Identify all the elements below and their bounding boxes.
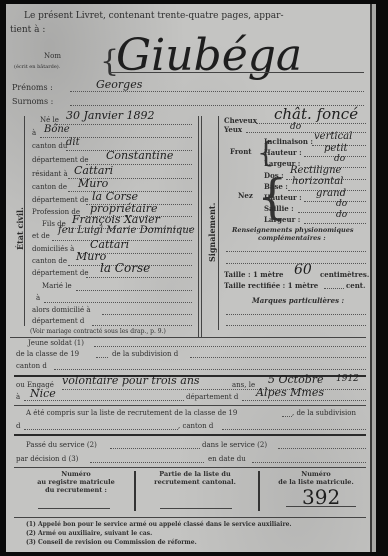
- marie-line: [76, 290, 192, 291]
- departement4-label: département d: [32, 317, 84, 325]
- col1-line3: du recrutement :: [26, 486, 126, 494]
- jeune-soldat-line: [94, 346, 366, 347]
- engage-a-label: à: [16, 393, 20, 401]
- divider-left: [198, 116, 199, 338]
- hauteur-label: Hauteur :: [264, 148, 302, 157]
- hauteur-value: petit: [324, 143, 348, 154]
- compris-d-label: d: [16, 422, 20, 430]
- ne-le-line: [56, 124, 192, 125]
- col1-line1: Numéro: [26, 470, 126, 478]
- etat-civil-label: État civil.: [15, 207, 25, 250]
- alors-line: [102, 314, 192, 315]
- decision-label: par décision d (3): [16, 455, 78, 463]
- saillie-value: do: [336, 199, 347, 209]
- saillie-label: Saillie :: [264, 204, 294, 213]
- col1-value-line: [38, 508, 110, 509]
- residant-value: Cattari: [74, 164, 113, 177]
- surnoms-label: Surnoms :: [12, 97, 53, 106]
- engage-departement-label: département d: [186, 393, 238, 401]
- subdivision-line: [190, 357, 366, 358]
- nez-hauteur-line: [304, 201, 366, 202]
- taille-unit: centimètres.: [320, 270, 369, 279]
- departement3-label: département de: [32, 269, 89, 277]
- inclinaison-value: vertical: [314, 131, 352, 142]
- date-line: [252, 462, 366, 463]
- departement-label: département de: [32, 156, 89, 164]
- a-value: Bône: [44, 124, 70, 135]
- nez-largeur-line: [304, 223, 366, 224]
- yeux-label: Yeux: [224, 125, 242, 134]
- cheveux-value: chât. foncé: [274, 105, 358, 123]
- intro-line-2: tient à :: [10, 25, 45, 35]
- dans-label: dans le service (2): [202, 441, 267, 449]
- section-divider-5: [14, 467, 366, 468]
- nez-hauteur-value: grand: [316, 188, 346, 199]
- marques-line-2: [226, 325, 366, 326]
- taille-rectifiee-line: [324, 288, 344, 289]
- renseignements-label: Renseignements physionomiques: [232, 226, 354, 234]
- engage-departement-value: Alpes Mmes: [256, 386, 324, 399]
- signalement-bracket: [218, 116, 219, 330]
- departement-value: Constantine: [106, 149, 173, 162]
- note-3: (3) Conseil de revision ou Commission de…: [26, 539, 197, 546]
- departement4-line: [92, 325, 192, 326]
- yeux-value: do: [290, 122, 301, 132]
- dos-label: Dos :: [264, 171, 284, 180]
- col3-value-line: [286, 506, 356, 507]
- military-booklet-page: Le présent Livret, contenant trente-quat…: [6, 4, 370, 552]
- voir-label: (Voir mariage contracté sous les drap., …: [30, 328, 166, 335]
- table-divider-1: [134, 471, 136, 511]
- divider-right: [201, 116, 202, 338]
- base-label: Base :: [264, 182, 288, 191]
- engage-departement-line: [242, 400, 366, 401]
- marques-line-1: [226, 314, 366, 315]
- dos-value: Rectiligne: [290, 165, 341, 176]
- cheveux-label: Cheveux: [224, 116, 257, 125]
- col1-line2: au registre matricule: [26, 478, 126, 486]
- cheveux-line: [256, 123, 366, 124]
- saillie-line: [298, 212, 366, 213]
- nez-hauteur-label: Hauteur :: [264, 193, 302, 202]
- et-de-label: et de: [32, 232, 50, 240]
- section-divider-1: [10, 337, 366, 338]
- marques-label: Marques particulières :: [252, 296, 344, 305]
- jeune-soldat-label: Jeune soldat (1): [28, 339, 84, 347]
- front-label: Front: [230, 147, 252, 156]
- dans-line: [278, 448, 366, 449]
- note-2: (2) Armé ou auxiliaire, suivant le cas.: [26, 530, 152, 537]
- engage-date: 5 Octobre: [268, 373, 324, 386]
- canton3-label: canton de: [32, 257, 67, 265]
- col2-line2: recrutement cantonal.: [140, 478, 250, 486]
- taille-value: 60: [294, 262, 312, 278]
- section-divider-6: [14, 517, 366, 518]
- canton-label: canton du: [32, 142, 67, 150]
- ne-le-label: Né le: [40, 116, 59, 124]
- engage-suffix: ans, le: [232, 381, 255, 389]
- taille-rectifiee-label: Taille rectifiée : 1 mètre: [224, 281, 318, 290]
- renseignements-line-1: [226, 251, 366, 252]
- renseignements-label-2: complémentaires :: [258, 234, 326, 242]
- classe-label: de la classe de 19: [16, 350, 79, 358]
- compris-d-line: [24, 429, 178, 430]
- date-label: en date du: [208, 455, 246, 463]
- section-divider-3: [14, 405, 366, 406]
- signalement-label: Signalement.: [207, 203, 217, 262]
- largeur-value: do: [334, 154, 345, 164]
- inclinaison-label: Inclinaison :: [264, 137, 313, 146]
- compris-suffix: , de la subdivision: [292, 409, 356, 417]
- classe-line: [96, 357, 108, 358]
- background-edge: [376, 0, 388, 556]
- decision-line: [90, 462, 204, 463]
- canton2-value: Muro: [78, 177, 108, 190]
- engage-a-value: Nice: [30, 387, 56, 400]
- a-label: à: [32, 129, 36, 137]
- col2-line1: Partie de la liste du: [140, 470, 250, 478]
- engage-value: volontaire pour trois ans: [62, 374, 200, 387]
- marie-a-line: [44, 302, 192, 303]
- compris-canton-line: [222, 429, 366, 430]
- departement2-label: département de: [32, 196, 89, 204]
- nez-largeur-label: Largeur :: [264, 215, 300, 224]
- col2-value-line: [160, 508, 232, 509]
- table-divider-2: [258, 471, 260, 511]
- ne-le-value: 30 Janvier 1892: [66, 109, 155, 122]
- et-de-value: feu Luigi Marie Dominique: [58, 225, 195, 236]
- passe-line: [110, 448, 200, 449]
- prenoms-value: Georges: [96, 78, 142, 91]
- passe-label: Passé du service (2): [26, 441, 97, 449]
- nom-line: [110, 72, 364, 73]
- compris-canton-label: , canton d: [178, 422, 213, 430]
- col3-line1: Numéro: [266, 470, 366, 478]
- engage-a-line: [24, 400, 184, 401]
- departement3-line: [86, 277, 192, 278]
- taille-rectifiee-unit: cent.: [346, 281, 365, 290]
- engage-year: 1912: [336, 374, 359, 384]
- a-line: [40, 137, 192, 138]
- nez-label: Nez: [238, 191, 253, 200]
- alors-label: alors domicilié à: [32, 306, 91, 314]
- domicilies-label: domiciliés à: [32, 245, 74, 253]
- nom-label: Nom: [44, 52, 61, 60]
- nom-sub-label: (écrit en bâtarde).: [14, 64, 60, 70]
- canton2-label: canton de: [32, 183, 67, 191]
- subdivision-label: de la subdivision d: [112, 350, 178, 358]
- note-1: (1) Appelé bon pour le service armé ou a…: [26, 521, 292, 528]
- marie-a-label: à: [36, 294, 40, 302]
- nom-value: Giubéga: [116, 30, 302, 81]
- compris-classe-line: [282, 416, 292, 417]
- intro-line-1: Le présent Livret, contenant trente-quat…: [24, 11, 284, 21]
- canton-value: dit: [66, 137, 80, 148]
- prenoms-label: Prénoms :: [12, 83, 53, 92]
- departement3-value: la Corse: [100, 261, 150, 275]
- nez-largeur-value: do: [336, 210, 347, 220]
- recrutement-canton-label: canton d: [16, 362, 47, 370]
- prenoms-line: [70, 91, 364, 92]
- recrutement-canton-line: [54, 369, 366, 370]
- section-divider-4: [14, 434, 366, 436]
- residant-label: résidant à: [32, 170, 68, 178]
- marie-label: Marié le: [42, 282, 72, 290]
- taille-label: Taille : 1 mètre: [224, 270, 284, 279]
- compris-label: A été compris sur la liste de recrutemen…: [26, 409, 237, 417]
- base-value: horizontal: [292, 176, 343, 187]
